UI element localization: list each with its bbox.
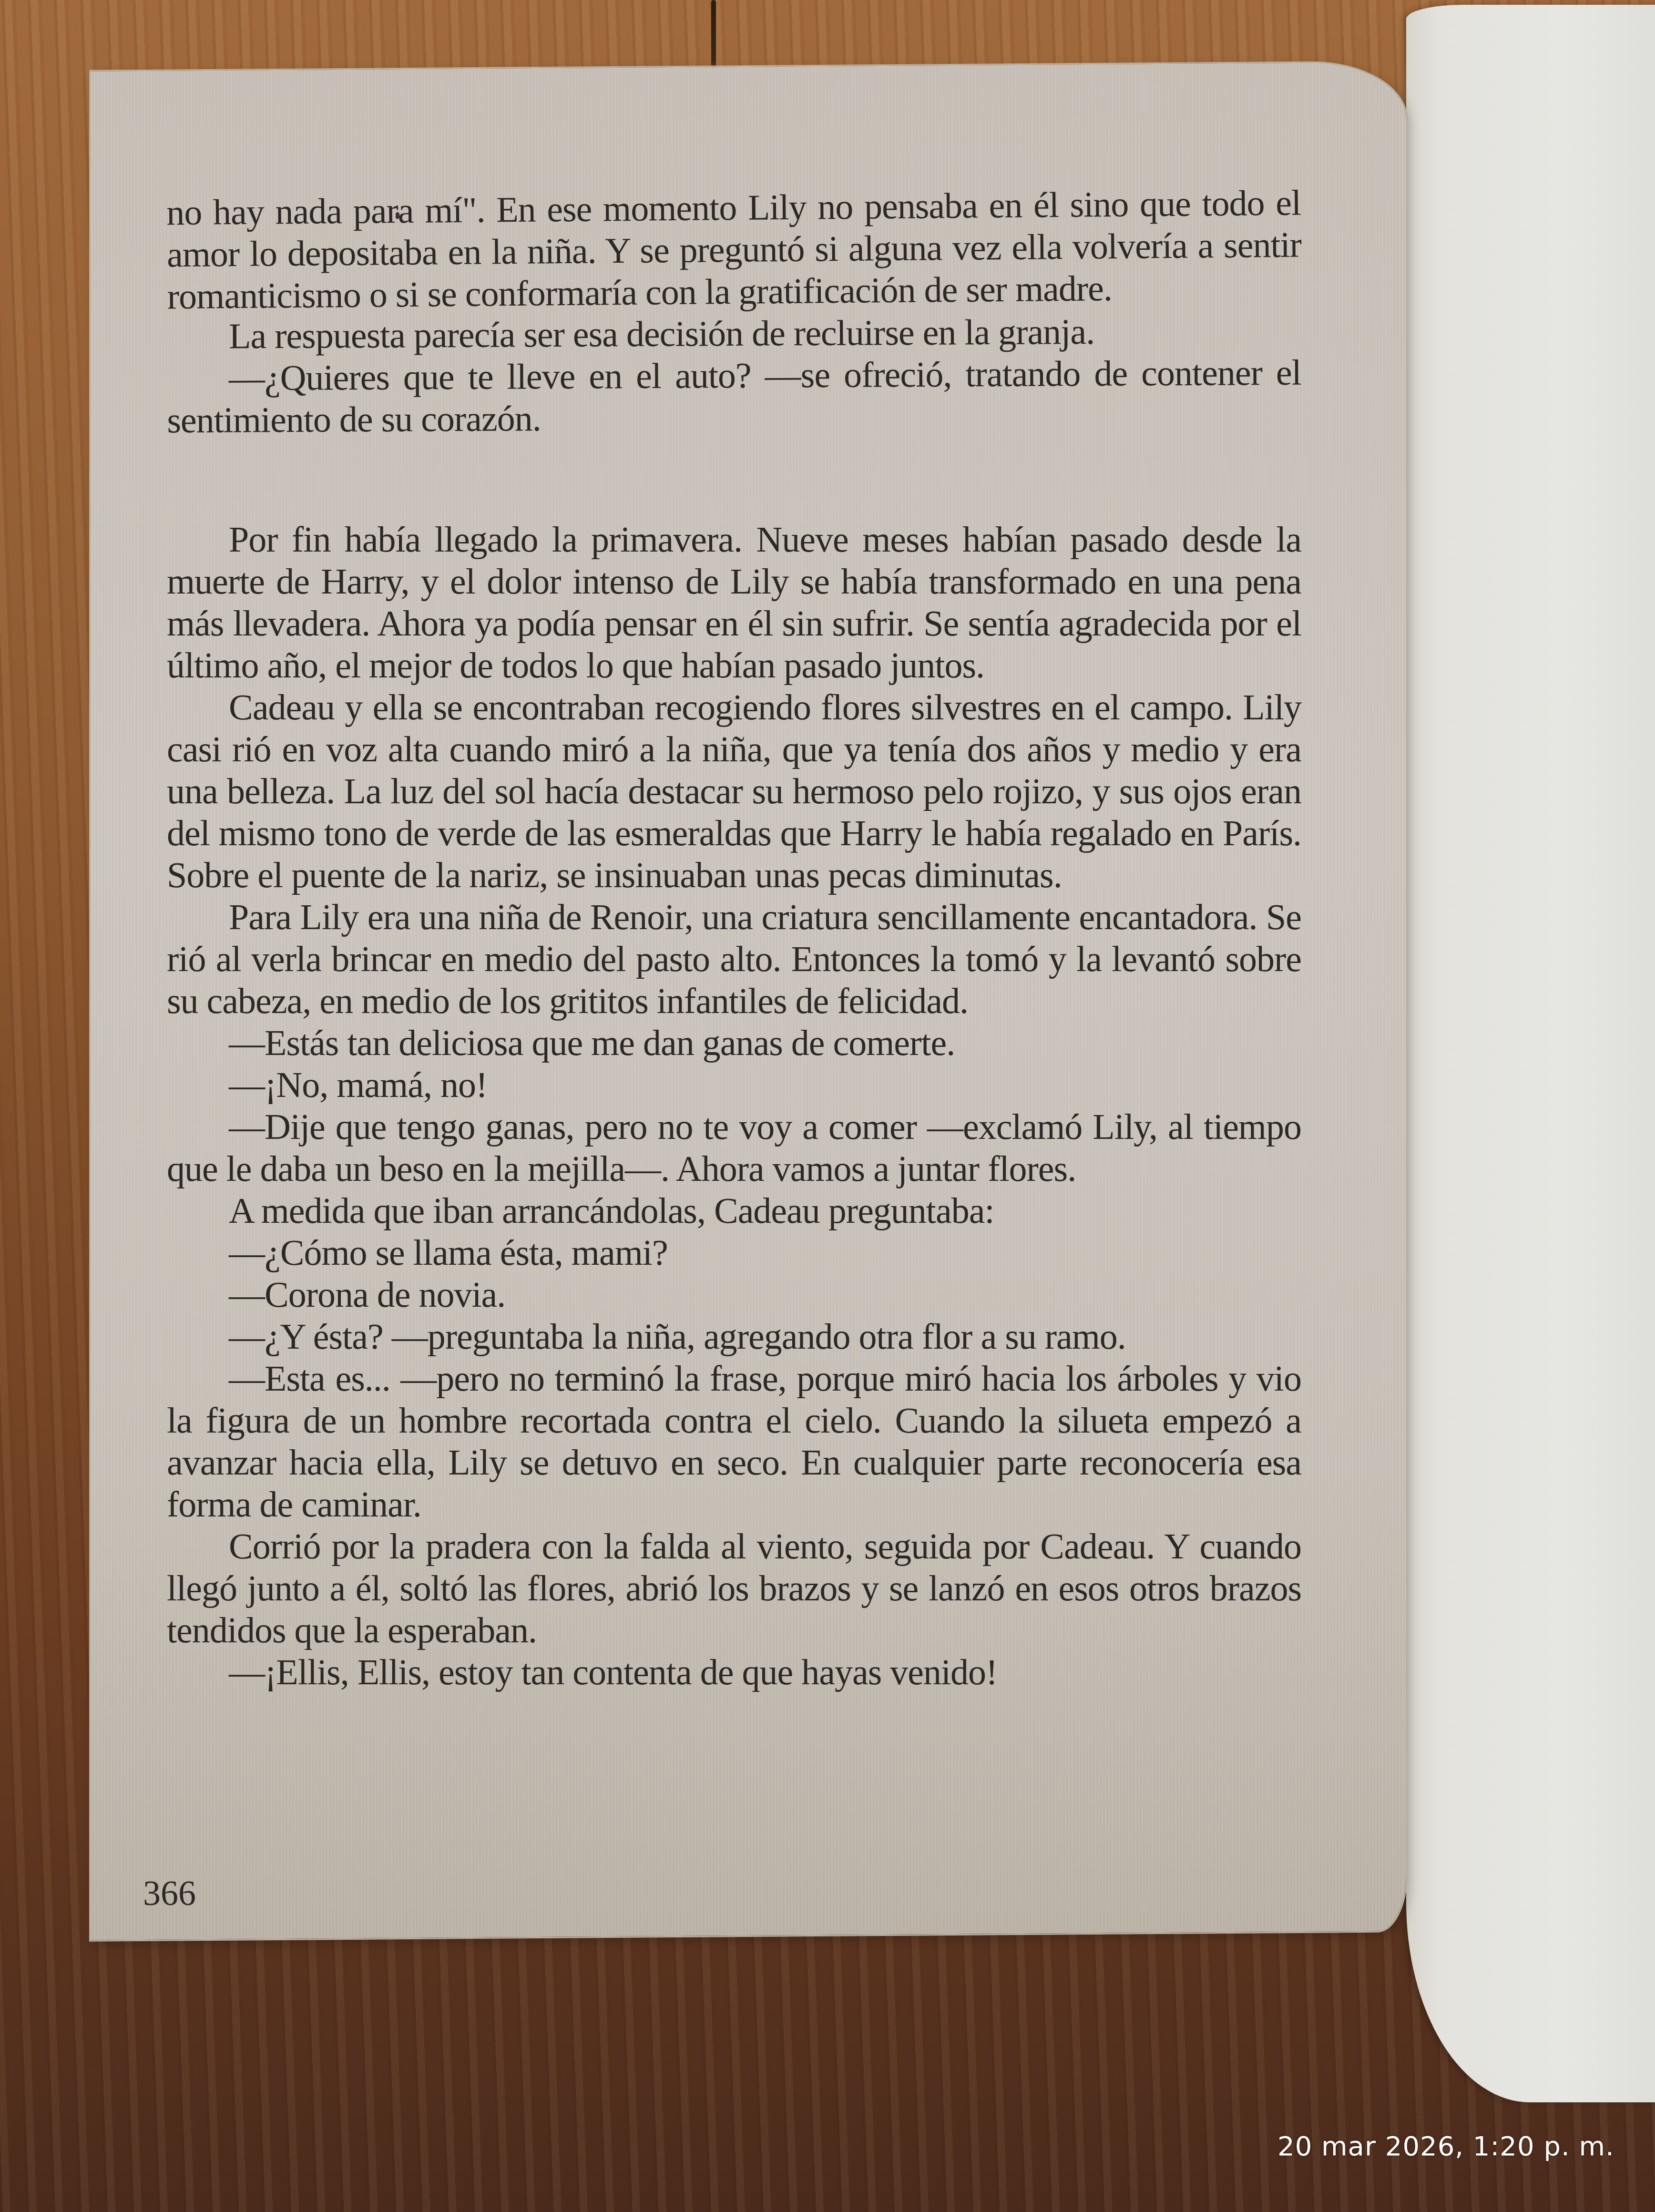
paragraph: A medida que iban arrancándolas, Cadeau … bbox=[167, 1190, 1301, 1232]
dialogue-line: —Dije que tengo ganas, pero no te voy a … bbox=[167, 1106, 1301, 1190]
dialogue-line: —Esta es... —pero no terminó la frase, p… bbox=[167, 1358, 1301, 1526]
dialogue-line: —¿Cómo se llama ésta, mami? bbox=[167, 1232, 1301, 1274]
dialogue-line: —¡Ellis, Ellis, estoy tan contenta de qu… bbox=[167, 1651, 1301, 1693]
dialogue-line: —Estás tan deliciosa que me dan ganas de… bbox=[167, 1022, 1301, 1064]
paragraph: Por fin había llegado la primavera. Nuev… bbox=[167, 519, 1301, 686]
dialogue-line: —Corona de novia. bbox=[167, 1274, 1301, 1316]
page-text-body: no hay nada para mí". En ese momento Lil… bbox=[167, 187, 1301, 1693]
facing-page-blank bbox=[1406, 5, 1655, 2102]
paragraph: Para Lily era una niña de Renoir, una cr… bbox=[167, 896, 1301, 1022]
section-break bbox=[167, 439, 1301, 519]
paragraph: Corrió por la pradera con la falda al vi… bbox=[167, 1526, 1301, 1651]
paragraph: Cadeau y ella se encontraban recogiendo … bbox=[167, 686, 1301, 896]
dialogue-line: —¿Y ésta? —preguntaba la niña, agregando… bbox=[167, 1316, 1301, 1358]
page-number: 366 bbox=[143, 1874, 196, 1914]
photo-timestamp: 20 mar 2026, 1:20 p. m. bbox=[1277, 2131, 1614, 2162]
paragraph: La respuesta parecía ser esa decisión de… bbox=[167, 310, 1301, 358]
paragraph: —¿Quieres que te lleve en el auto? —se o… bbox=[167, 352, 1302, 441]
dialogue-line: —¡No, mamá, no! bbox=[167, 1064, 1301, 1106]
paragraph: no hay nada para mí". En ese momento Lil… bbox=[166, 182, 1302, 318]
